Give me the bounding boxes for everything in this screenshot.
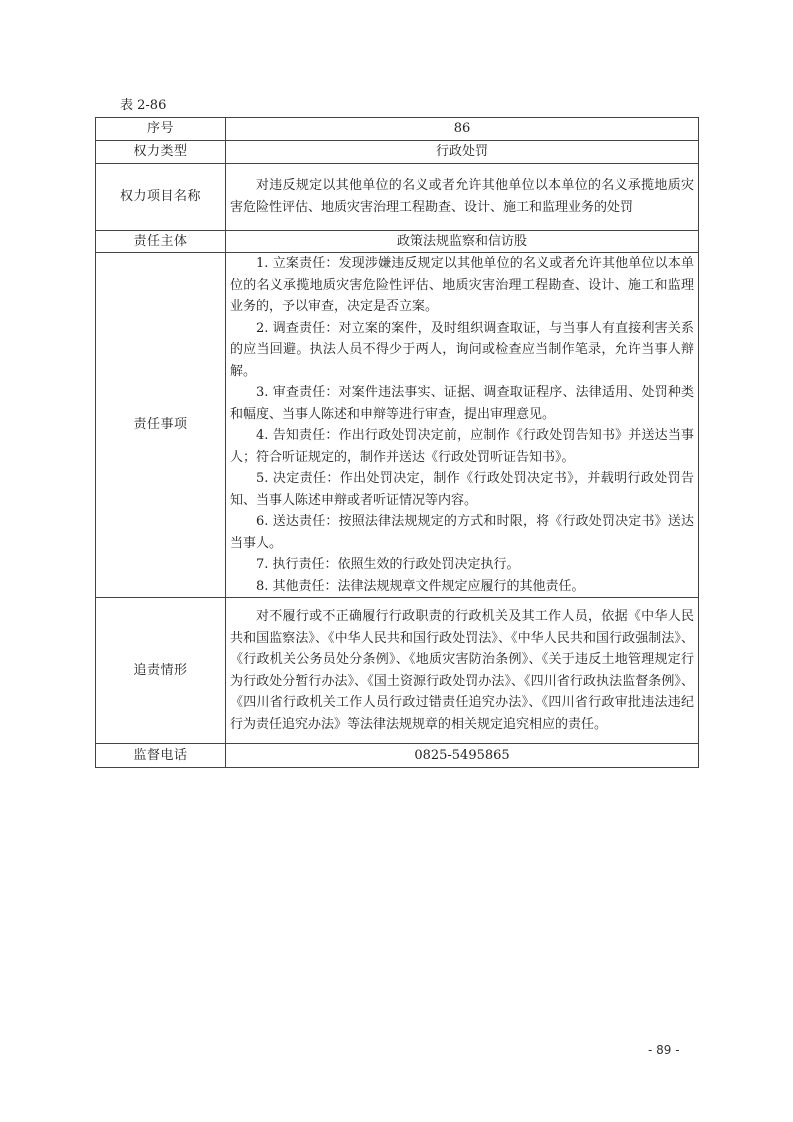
row-serial: 序号 86 xyxy=(96,118,699,141)
phone-value: 0825-5495865 xyxy=(226,744,699,768)
duty-item: 3. 审查责任：对案件违法事实、证据、调查取证程序、法律适用、处罚种类和幅度、当… xyxy=(230,382,694,425)
accountability-cell: 对不履行或不正确履行行政职责的行政机关及其工作人员，依据《中华人民共和国监察法》… xyxy=(226,598,699,744)
subject-value: 政策法规监察和信访股 xyxy=(226,230,699,253)
duty-item: 8. 其他责任：法律法规规章文件规定应履行的其他责任。 xyxy=(230,576,694,598)
power-item-table: 序号 86 权力类型 行政处罚 权力项目名称 对违反规定以其他单位的名义或者允许… xyxy=(95,117,699,768)
duty-item: 7. 执行责任：依照生效的行政处罚决定执行。 xyxy=(230,554,694,576)
duty-item: 4. 告知责任：作出行政处罚决定前，应制作《行政处罚告知书》并送达当事人；符合听… xyxy=(230,425,694,468)
power-type-value: 行政处罚 xyxy=(226,141,699,164)
row-duties: 责任事项 1. 立案责任：发现涉嫌违反规定以其他单位的名义或者允许其他单位以本单… xyxy=(96,253,699,598)
row-phone: 监督电话 0825-5495865 xyxy=(96,744,699,768)
row-accountability: 追责情形 对不履行或不正确履行行政职责的行政机关及其工作人员，依据《中华人民共和… xyxy=(96,598,699,744)
accountability-label: 追责情形 xyxy=(96,598,226,744)
row-item-name: 权力项目名称 对违反规定以其他单位的名义或者允许其他单位以本单位的名义承揽地质灾… xyxy=(96,163,699,230)
duties-cell: 1. 立案责任：发现涉嫌违反规定以其他单位的名义或者允许其他单位以本单位的名义承… xyxy=(226,253,699,598)
duty-item: 6. 送达责任：按照法律法规规定的方式和时限，将《行政处罚决定书》送达当事人。 xyxy=(230,511,694,554)
accountability-value: 对不履行或不正确履行行政职责的行政机关及其工作人员，依据《中华人民共和国监察法》… xyxy=(230,606,694,735)
item-name-value: 对违反规定以其他单位的名义或者允许其他单位以本单位的名义承揽地质灾害危险性评估、… xyxy=(230,175,694,218)
power-type-label: 权力类型 xyxy=(96,141,226,164)
duty-item: 1. 立案责任：发现涉嫌违反规定以其他单位的名义或者允许其他单位以本单位的名义承… xyxy=(230,253,694,318)
duties-label: 责任事项 xyxy=(96,253,226,598)
duty-item: 5. 决定责任：作出处罚决定，制作《行政处罚决定书》，并载明行政处罚告知、当事人… xyxy=(230,468,694,511)
serial-label: 序号 xyxy=(96,118,226,141)
serial-value: 86 xyxy=(226,118,699,141)
page-number: - 89 - xyxy=(648,1043,680,1057)
subject-label: 责任主体 xyxy=(96,230,226,253)
item-name-cell: 对违反规定以其他单位的名义或者允许其他单位以本单位的名义承揽地质灾害危险性评估、… xyxy=(226,163,699,230)
table-caption: 表 2-86 xyxy=(120,98,166,114)
duty-item: 2. 调查责任：对立案的案件，及时组织调查取证，与当事人有直接利害关系的应当回避… xyxy=(230,318,694,383)
row-power-type: 权力类型 行政处罚 xyxy=(96,141,699,164)
row-subject: 责任主体 政策法规监察和信访股 xyxy=(96,230,699,253)
item-name-label: 权力项目名称 xyxy=(96,163,226,230)
phone-label: 监督电话 xyxy=(96,744,226,768)
